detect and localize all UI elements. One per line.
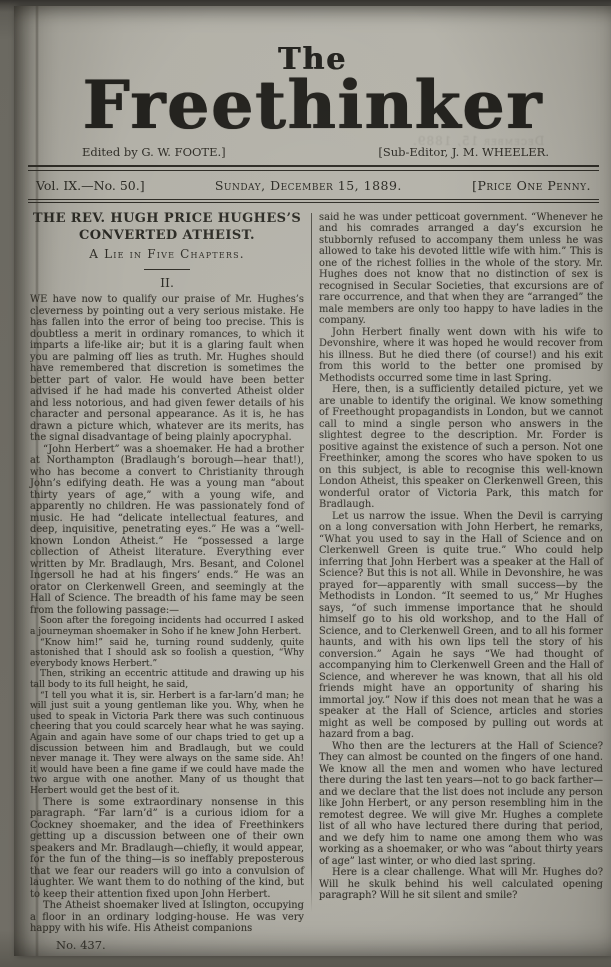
left-column: THE REV. HUGH PRICE HUGHES’S CONVERTED A… [30,211,304,952]
paragraph: Here, then, is a sufficiently detailed p… [319,384,603,511]
right-column: said he was under petticoat government. … [319,211,603,952]
column-divider [311,213,312,912]
editor-credit: Edited by G. W. FOOTE.] [82,145,226,159]
paragraph: John Herbert finally went down with his … [319,327,603,385]
bleedthrough-text: December 15, 1889. [412,134,544,148]
quoted-passage: Soon after the foregoing incidents had o… [30,616,304,796]
masthead-double-rule [28,165,599,171]
issue-date: Sunday, December 15, 1889. [215,178,402,193]
paragraph: WE have now to qualify our praise of Mr.… [30,294,304,444]
quote-paragraph: Then, striking an eccentric attitude and… [30,669,304,690]
paragraph: Who then are the lecturers at the Hall o… [319,741,603,868]
newspaper-page: December 15, 1889. The Freethinker Edite… [14,6,611,956]
volume-number: Vol. IX.—No. 50.] [36,178,145,193]
article-headline-line2: CONVERTED ATHEIST. [30,228,304,245]
paragraph: “John Herbert” was a shoemaker. He had a… [30,444,304,617]
article-subhead: A Lie in Five Chapters. [30,247,304,261]
paragraph: said he was under petticoat government. … [319,212,603,327]
dateline-row: Vol. IX.—No. 50.] Sunday, December 15, 1… [14,178,611,193]
quote-paragraph: “I tell you what it is, sir. Herbert is … [30,691,304,797]
paragraph: The Atheist shoemaker lived at Islington… [30,900,304,935]
article-headline-line1: THE REV. HUGH PRICE HUGHES’S [30,211,304,228]
quote-paragraph: Soon after the foregoing incidents had o… [30,616,304,637]
issue-number: No. 437. [30,935,304,952]
chapter-number: II. [30,275,304,290]
paragraph: Here is a clear challenge. What will Mr.… [319,867,603,902]
scanned-newspaper-page: December 15, 1889. The Freethinker Edite… [0,0,611,967]
price: [Price One Penny. [472,178,591,193]
paragraph: Let us narrow the issue. When the Devil … [319,511,603,741]
paragraph: There is some extraordinary nonsense in … [30,797,304,901]
quote-paragraph: “Know him!” said he, turning round sudde… [30,638,304,670]
article-columns: THE REV. HUGH PRICE HUGHES’S CONVERTED A… [14,203,611,952]
chapter-rule [144,269,190,270]
masthead-title: Freethinker [14,73,611,138]
